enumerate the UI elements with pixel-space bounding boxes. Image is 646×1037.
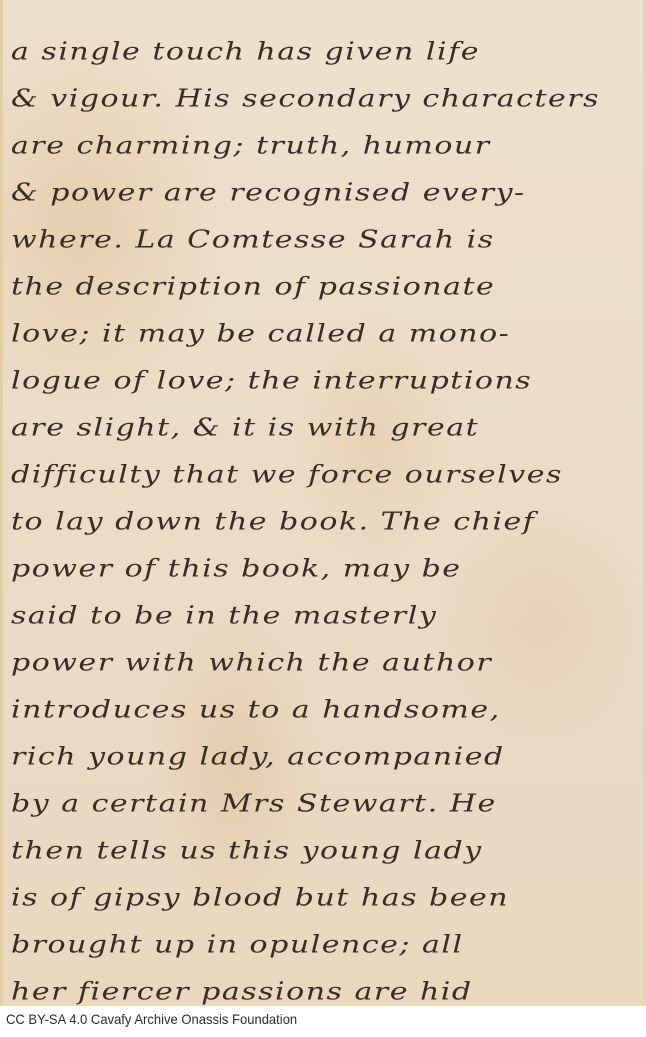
text-line: logue of love; the interruptions: [11, 361, 631, 400]
text-line: & vigour. His secondary characters: [11, 79, 631, 118]
text-line: by a certain Mrs Stewart. He: [11, 784, 631, 823]
text-line: are slight, & it is with great: [11, 408, 631, 447]
text-line: are charming; truth, humour: [11, 126, 631, 165]
text-line: difficulty that we force ourselves: [11, 455, 631, 494]
text-line: power of this book, may be: [11, 549, 631, 588]
text-line: her fiercer passions are hid: [11, 972, 631, 1011]
text-line: the description of passionate: [11, 267, 631, 306]
text-line: introduces us to a handsome,: [11, 690, 631, 729]
text-line: brought up in opulence; all: [11, 925, 631, 964]
text-line: power with which the author: [11, 643, 631, 682]
text-line: to lay down the book. The chief: [11, 502, 631, 541]
text-line: a single touch has given life: [11, 32, 631, 71]
text-line: then tells us this young lady: [11, 831, 631, 870]
license-caption: CC BY-SA 4.0 Cavafy Archive Onassis Foun…: [6, 1011, 297, 1027]
text-line: rich young lady, accompanied: [11, 737, 631, 776]
text-line: love; it may be called a mono-: [11, 314, 631, 353]
text-line: said to be in the masterly: [11, 596, 631, 635]
text-line: & power are recognised every-: [11, 173, 631, 212]
text-line: is of gipsy blood but has been: [11, 878, 631, 917]
handwritten-text: a single touch has given life & vigour. …: [11, 28, 631, 1015]
manuscript-page: a single touch has given life & vigour. …: [0, 0, 646, 1006]
text-line: where. La Comtesse Sarah is: [11, 220, 631, 259]
